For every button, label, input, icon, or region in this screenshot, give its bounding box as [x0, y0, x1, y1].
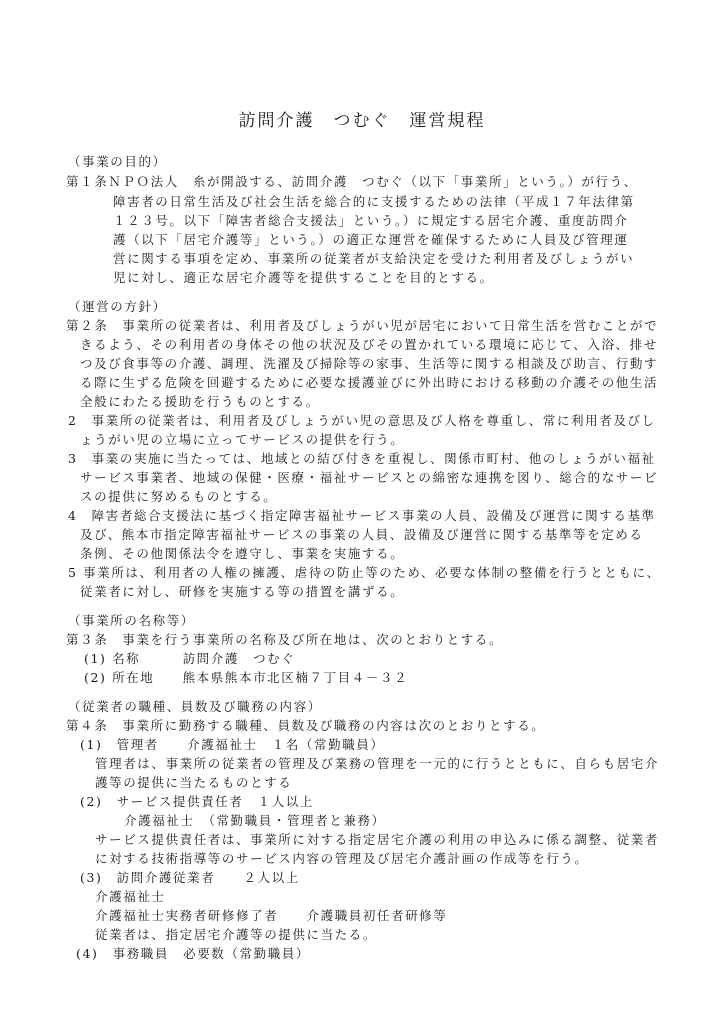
article-3-item-address: (2) 所在地 熊本県熊本市北区楠７丁目４－３２ — [84, 669, 408, 687]
article-2-clause-5: 従業者に対し、研修を実施する等の措置を講ずる。 — [80, 583, 404, 601]
section-heading-staff: （従業者の職種、員数及び職務の内容） — [68, 698, 322, 716]
article-1-line: １２３号。以下「障害者総合支援法」という。）に規定する居宅介護、重度訪問介 — [113, 212, 628, 230]
article-4-item-2: (2) サービス提供責任者 １人以上 — [80, 793, 314, 811]
article-4-item-2-desc: サービス提供責任者は、事業所に対する指定居宅介護の利用の申込みに係る調整、従業者 — [95, 831, 659, 849]
article-1-line: 障害者の日常生活及び社会生活を総合的に支援するための法律（平成１７年法律第 — [113, 193, 635, 211]
article-4-item-3-desc: 従業者は、指定居宅介護等の提供に当たる。 — [95, 926, 377, 944]
article-2-line: る際に生ずる危険を回避するために必要な援護並びに外出時における移動の介護その他生… — [80, 374, 658, 392]
article-4-item-2-desc: に対する技術指導等のサービス内容の管理及び居宅介護計画の作成等を行う。 — [95, 850, 589, 868]
article-1-line: 護（以下「居宅介護等」という。）の適正な運営を確保するために人員及び管理運 — [113, 231, 628, 249]
article-1-line: 営に関する事項を定め、事業所の従業者が支給決定を受けた利用者及びしょうがい — [113, 250, 634, 268]
article-4-item-3: (3) 訪問介護従業者 ２人以上 — [80, 869, 300, 887]
article-4-item-3-qual: 介護福祉士 — [95, 888, 166, 906]
article-4-item-3-qual: 介護福祉士実務者研修修了者 介護職員初任者研修等 — [95, 907, 448, 925]
article-4-item-4: (4) 事務職員 必要数（常勤職員） — [76, 945, 310, 963]
article-4-item-1-desc: 管理者は、事業所の従業者の管理及び業務の管理を一元的に行うとともに、自らも居宅介 — [95, 755, 659, 773]
article-2-clause-4: 4 障害者総合支援法に基づく指定障害福祉サービス事業の人員、設備及び運営に関する… — [68, 507, 656, 525]
article-2-clause-3: サービス事業者、地域の保健・医療・福祉サービスとの綿密な連携を図り、総合的なサー… — [80, 469, 658, 487]
article-2-line: きるよう、その利用者の身体その他の状況及びその置かれている環境に応じて、入浴、排… — [80, 336, 658, 354]
article-2-clause-3: スの提供に努めるものとする。 — [80, 488, 277, 506]
article-2-clause-4: 条例、その他関係法令を遵守し、事業を実施する。 — [80, 545, 404, 563]
article-2-line: 第２条 事業所の従業者は、利用者及びしょうがい児が居宅において日常生活を営むこと… — [66, 317, 658, 335]
article-2-clause-4: 及び、熊本市指定障害福祉サービスの事業の人員、設備及び運営に関する基準等を定める — [80, 526, 644, 544]
article-2-clause-2: ょうがい児の立場に立ってサービスの提供を行う。 — [80, 431, 404, 449]
article-2-line: 全般にわたる援助を行うものとする。 — [80, 393, 320, 411]
document-page: 訪問介護 つむぐ 運営規程 （事業の目的） 第１条ＮＰＯ法人 糸が開設する、訪問… — [0, 0, 724, 1024]
article-2-clause-3: 3 事業の実施に当たっては、地域との結び付きを重視し、関係市町村、他のしょうがい… — [68, 450, 656, 468]
document-title: 訪問介護 つむぐ 運営規程 — [0, 106, 724, 131]
section-heading-name: （事業所の名称等） — [68, 612, 195, 630]
article-4-line: 第４条 事業所に勤務する職種、員数及び職務の内容は次のとおりとする。 — [66, 717, 545, 735]
article-2-line: つ及び食事等の介護、調理、洗濯及び掃除等の家事、生活等に関する相談及び助言、行動… — [80, 355, 658, 373]
article-3-line: 第３条 事業を行う事業所の名称及び所在地は、次のとおりとする。 — [66, 631, 503, 649]
section-heading-purpose: （事業の目的） — [68, 153, 167, 171]
article-4-item-2-qual: 介護福祉士 （常勤職員・管理者と兼務） — [124, 812, 386, 830]
section-heading-policy: （運営の方針） — [68, 298, 167, 316]
article-4-item-1: (1) 管理者 介護福祉士 １名（常勤職員） — [80, 736, 385, 754]
article-2-clause-2: 2 事業所の従業者は、利用者及びしょうがい児の意思及び人格を尊重し、常に利用者及… — [68, 412, 656, 430]
article-1-line: 児に対し、適正な居宅介護等を提供することを目的とする。 — [113, 269, 494, 287]
article-3-item-name: (1) 名称 訪問介護 つむぐ — [84, 650, 295, 668]
article-4-item-1-desc: 護等の提供に当たるものとする — [95, 774, 292, 792]
article-2-clause-5: 5 事業所は、利用者の人権の擁護、虐待の防止等のため、必要な体制の整備を行うとと… — [68, 564, 661, 582]
article-1-line: 第１条ＮＰＯ法人 糸が開設する、訪問介護 つむぐ（以下「事業所」という。）が行う… — [66, 173, 638, 191]
